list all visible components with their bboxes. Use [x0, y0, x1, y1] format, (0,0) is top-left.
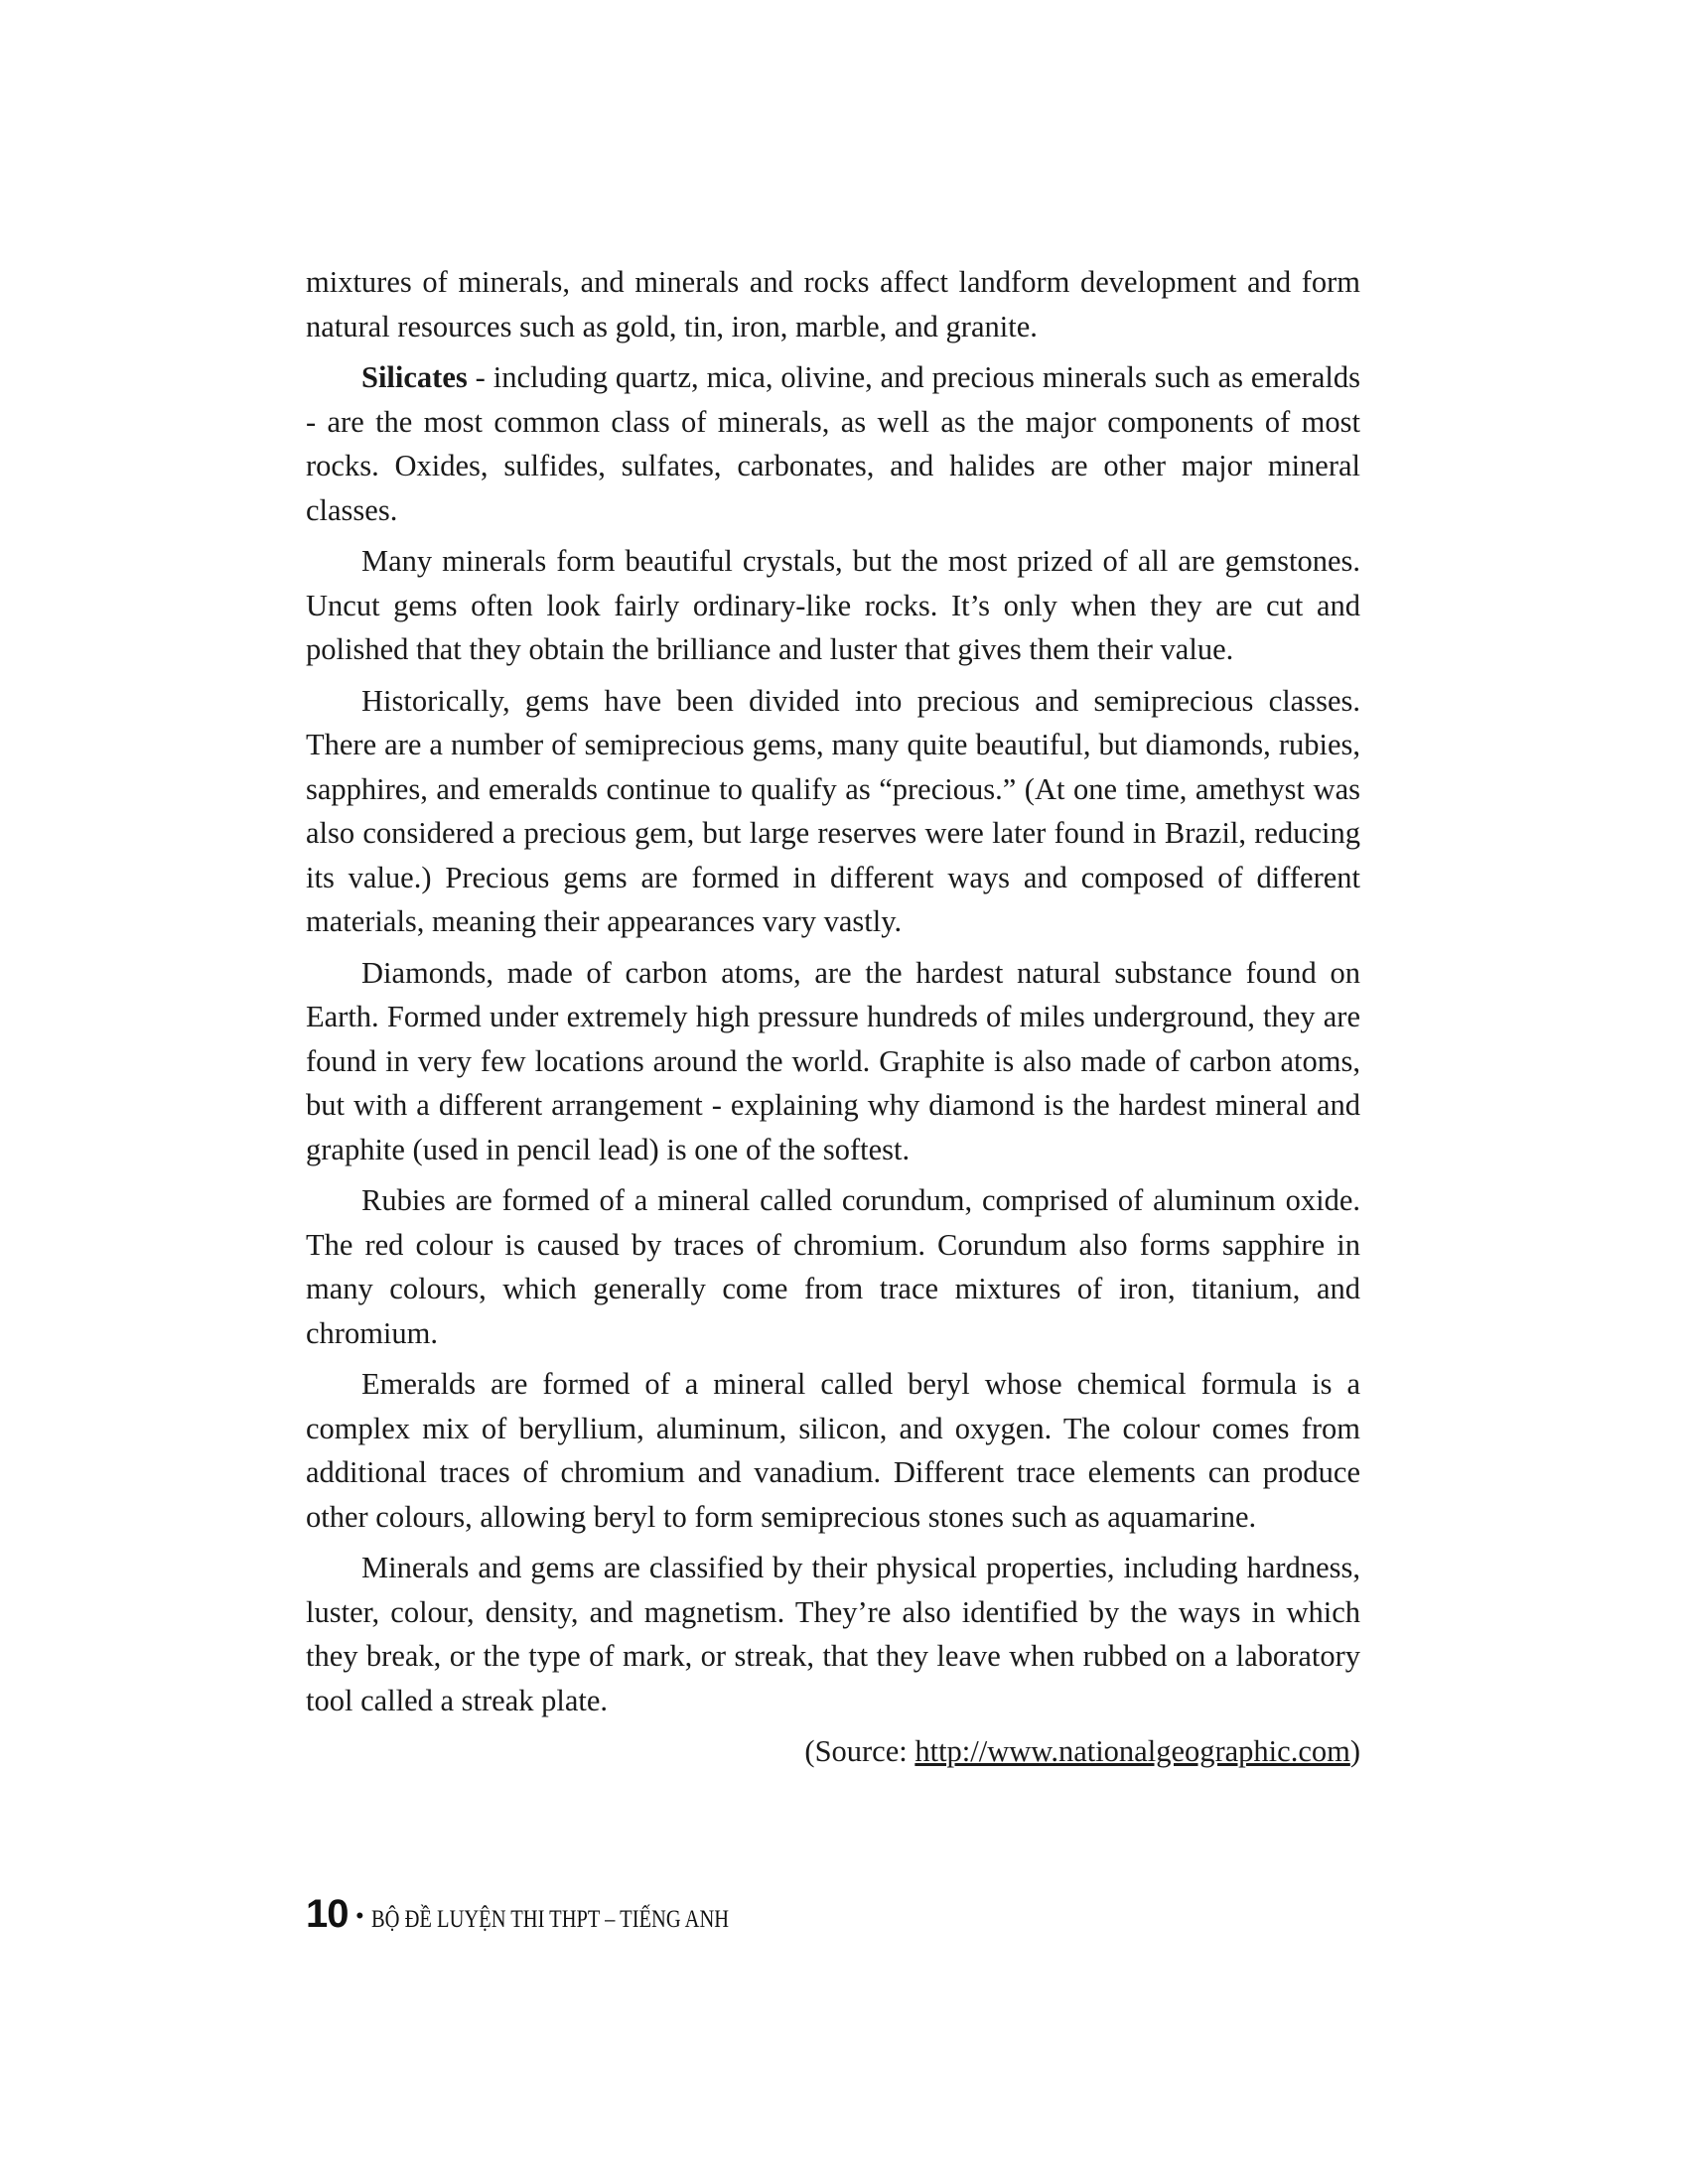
paragraph-6: Rubies are formed of a mineral called co…: [306, 1178, 1360, 1355]
page-body: mixtures of minerals, and minerals and r…: [306, 260, 1360, 1773]
paragraph-7: Emeralds are formed of a mineral called …: [306, 1362, 1360, 1539]
paragraph-2: Silicates - including quartz, mica, oliv…: [306, 355, 1360, 532]
term-silicates: Silicates: [361, 360, 468, 394]
paragraph-1: mixtures of minerals, and minerals and r…: [306, 260, 1360, 348]
page-footer: 10 • BỘ ĐỀ LUYỆN THI THPT – TIẾNG ANH: [306, 1892, 807, 1937]
source-link[interactable]: http://www.nationalgeographic.com: [914, 1734, 1349, 1768]
paragraph-8: Minerals and gems are classified by thei…: [306, 1546, 1360, 1722]
bullet-separator: •: [356, 1903, 364, 1929]
book-title: BỘ ĐỀ LUYỆN THI THPT – TIẾNG ANH: [371, 1906, 729, 1934]
paragraph-4: Historically, gems have been divided int…: [306, 679, 1360, 944]
source-prefix: (Source:: [804, 1734, 914, 1768]
paragraph-3: Many minerals form beautiful crystals, b…: [306, 539, 1360, 672]
source-citation: (Source: http://www.nationalgeographic.c…: [306, 1729, 1360, 1773]
paragraph-5: Diamonds, made of carbon atoms, are the …: [306, 951, 1360, 1172]
page-number: 10: [306, 1892, 349, 1937]
source-suffix: ): [1350, 1734, 1360, 1768]
